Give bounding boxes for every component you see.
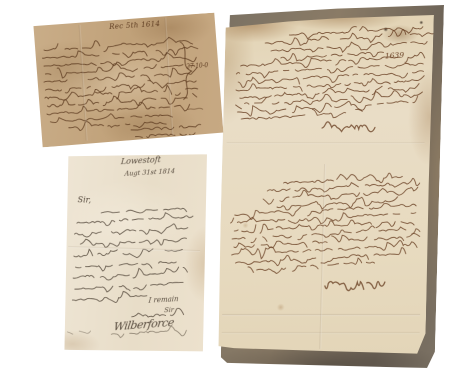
receipt-document: Rec 5th 1614 27-10-0 [32,12,223,147]
letter-document: Lowestoft Augt 31st 1814 Sir, I remain S… [61,150,209,354]
receipt-amount-text: 27-10-0 [186,62,208,70]
receipt-handwriting [32,12,223,147]
letter-closing-text: I remain [148,295,179,305]
manuscript-year-text: 1639 [385,51,404,61]
manuscript-leaf: 1639 [217,14,434,355]
letter-closing-sir-text: Sir [164,306,174,315]
manuscripts-photo: 1639 Rec 5th 1614 27-10-0 Lowestoft Augt… [0,0,468,382]
fold-crease [227,142,425,144]
letter-salutation-text: Sir, [77,195,91,204]
